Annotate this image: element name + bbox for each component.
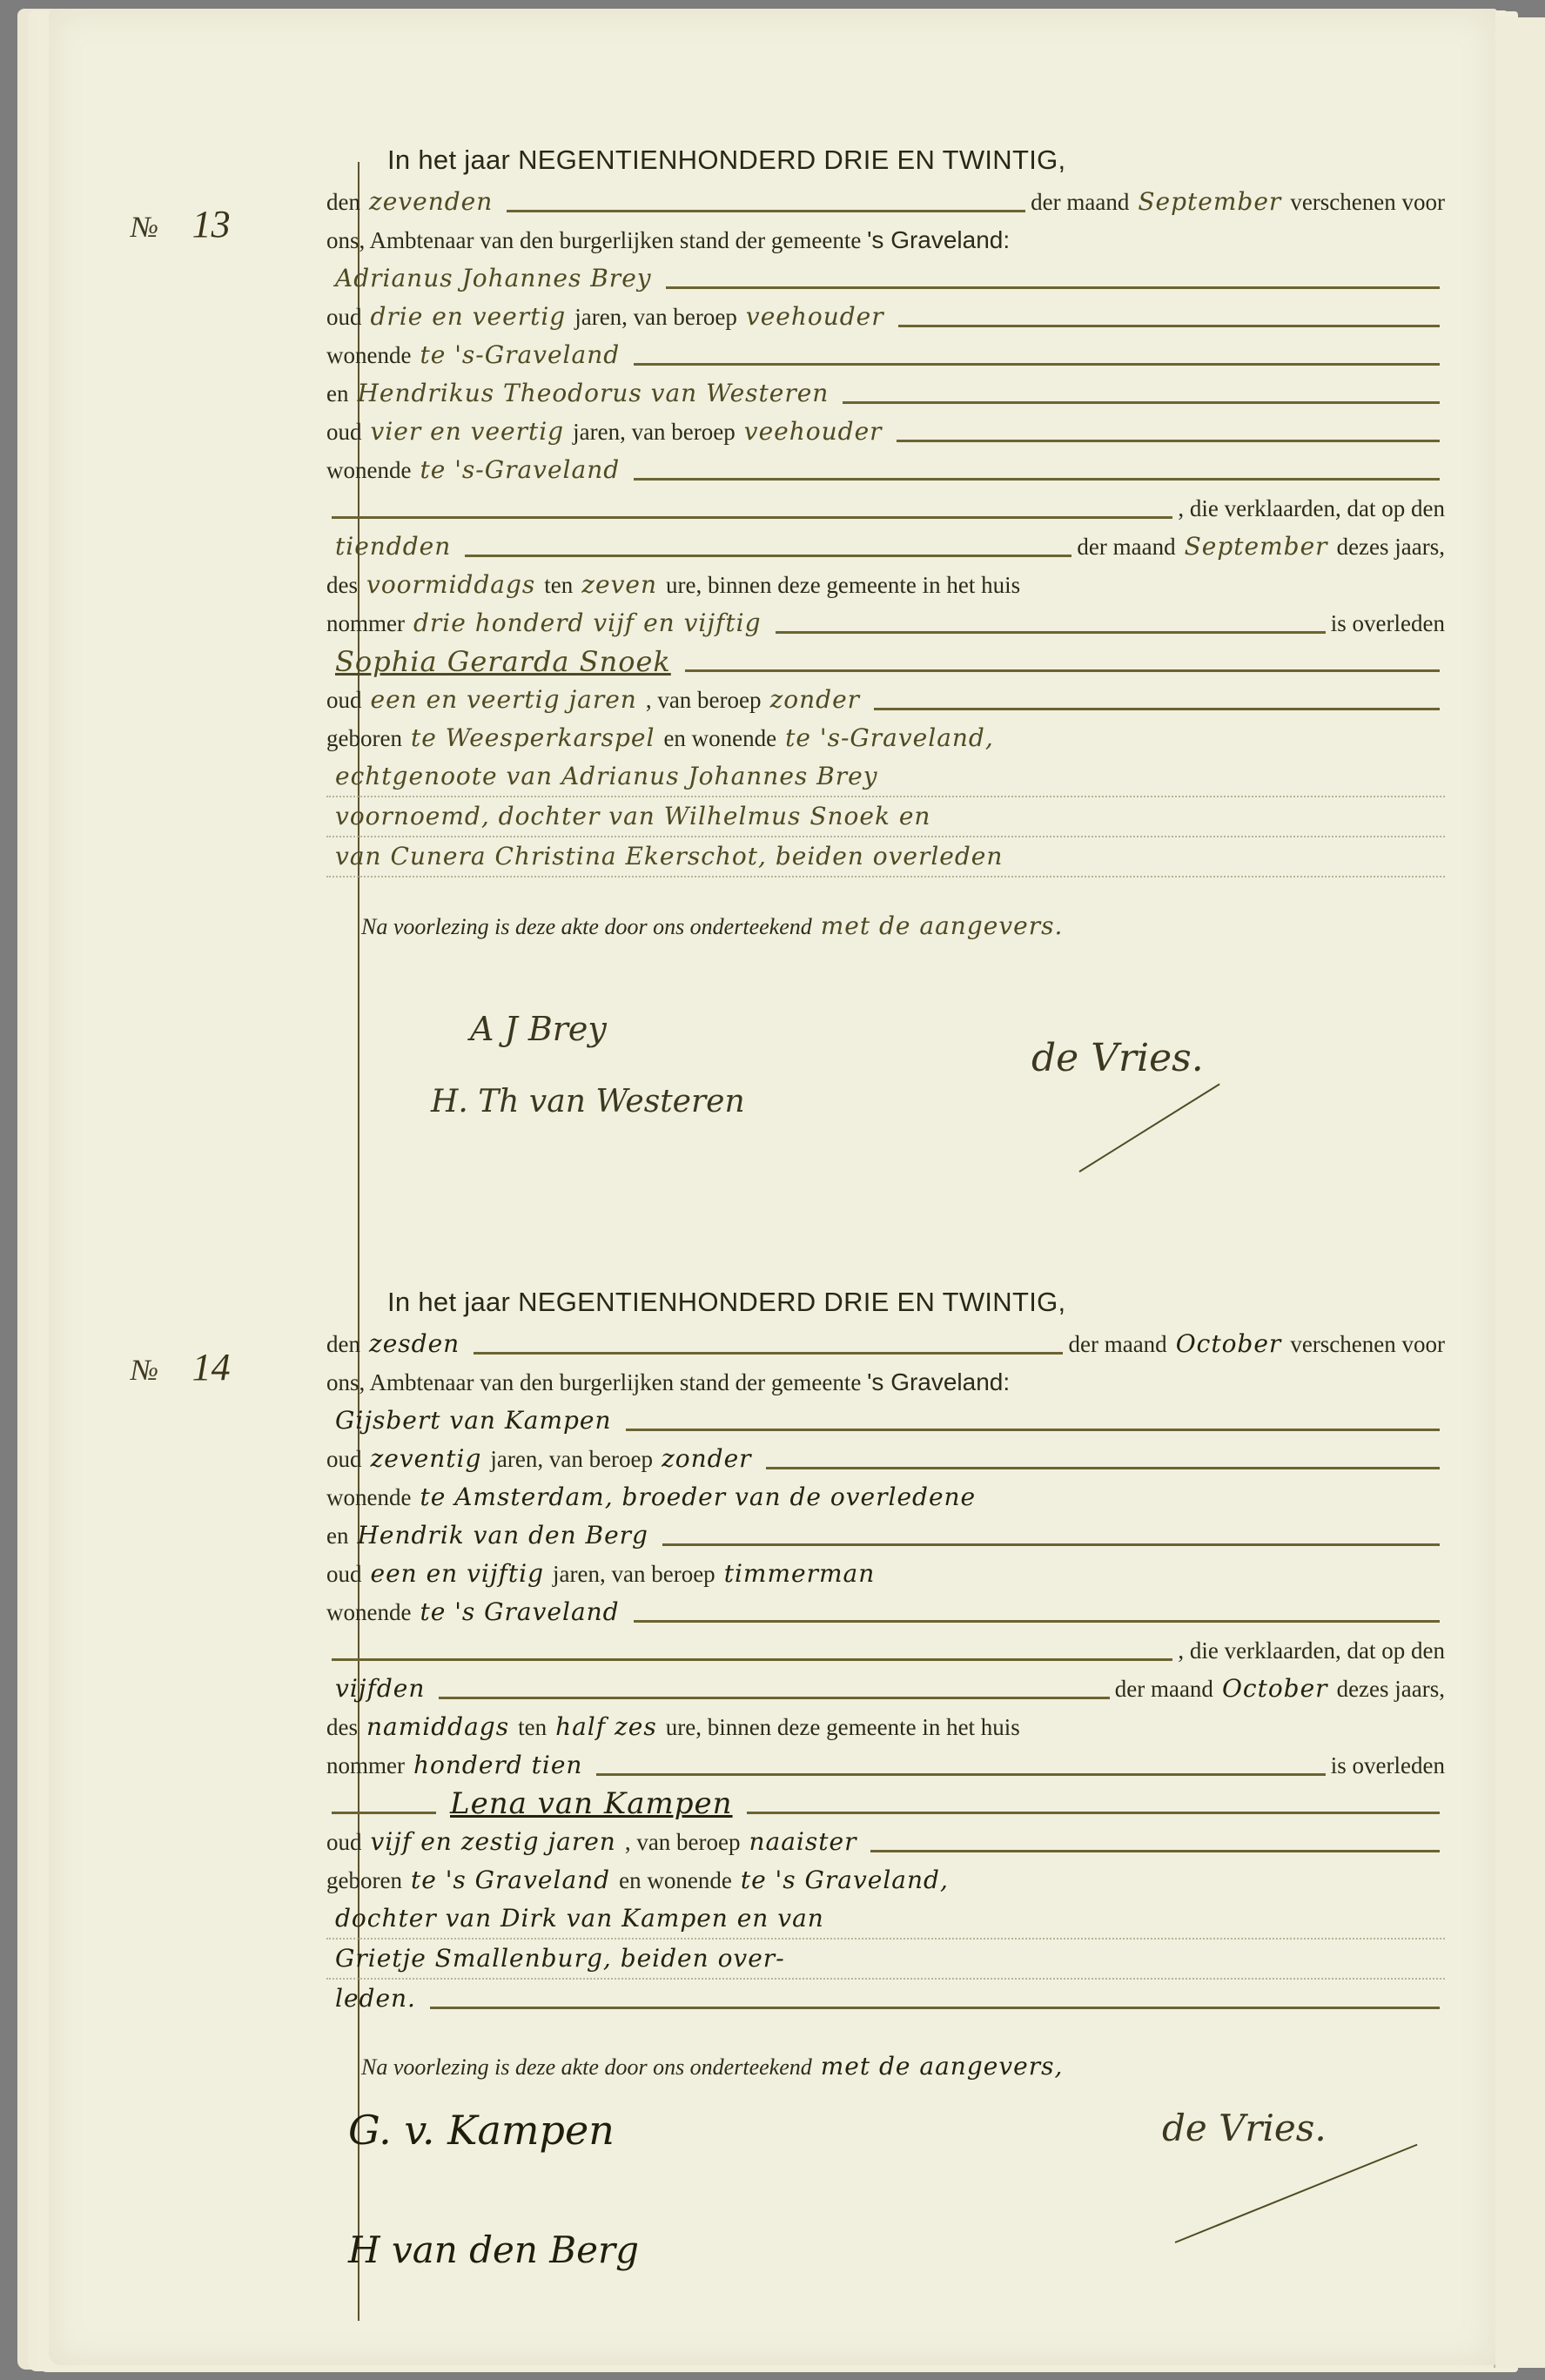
closing-handwritten: met de aangevers.	[812, 907, 1072, 945]
label: is overleden	[1331, 1746, 1445, 1785]
fill-line	[898, 325, 1440, 327]
label: wonende	[326, 336, 411, 374]
label: en	[326, 374, 348, 413]
remarks-text: Grietje Smallenburg, beiden over-	[326, 1940, 794, 1978]
fill-line	[332, 516, 1172, 519]
label: geboren	[326, 719, 402, 757]
record-number-13: № 13	[131, 202, 231, 246]
label: , van beroep	[625, 1823, 741, 1861]
label: oud	[326, 1555, 362, 1593]
label: des	[326, 1708, 358, 1746]
informant1-age: zeventig	[362, 1440, 491, 1478]
fill-line	[439, 1697, 1109, 1699]
label: jaren, van beroep	[553, 1555, 715, 1593]
informant2-occupation: timmerman	[715, 1555, 884, 1593]
label: oud	[326, 681, 362, 719]
label: des	[326, 566, 358, 604]
birthplace: te 's Graveland	[402, 1861, 619, 1899]
remarks-text: van Cunera Christina Ekerschot, beiden o…	[326, 837, 1011, 876]
fill-line	[634, 1620, 1440, 1623]
informant1-age: drie en veertig	[362, 298, 575, 336]
fill-line	[332, 1812, 436, 1814]
label: der maand	[1031, 183, 1129, 221]
deceased-occupation: naaister	[741, 1823, 866, 1861]
death-time-line: des voormiddags ten zeven ure, binnen de…	[326, 566, 1445, 604]
death-day: tiendden	[326, 528, 460, 566]
fill-line	[685, 669, 1440, 672]
record-number-14: № 14	[131, 1345, 231, 1389]
deceased-residence: te 's Graveland,	[732, 1861, 957, 1899]
label: wonende	[326, 1478, 411, 1516]
deceased-age-line: oud een en veertig jaren , van beroep zo…	[326, 681, 1445, 719]
label: en	[326, 1516, 348, 1555]
heading-year: NEGENTIENHONDERD DRIE EN TWINTIG,	[518, 1280, 1065, 1325]
record-number-value: 13	[192, 203, 231, 245]
death-hour: half zes	[547, 1708, 666, 1746]
remarks-text: dochter van Dirk van Kampen en van	[326, 1899, 833, 1938]
informant2-residence: te 's-Graveland	[411, 451, 628, 489]
death-month: October	[1213, 1670, 1337, 1708]
remarks-text: voornoemd, dochter van Wilhelmus Snoek e…	[326, 797, 939, 836]
label: ten	[544, 566, 573, 604]
label: der maand	[1077, 528, 1175, 566]
signature-informant1: G. v. Kampen	[348, 2107, 615, 2154]
deceased-name-line: Lena van Kampen	[326, 1785, 1445, 1823]
municipality: 's Graveland:	[867, 221, 1010, 259]
number-prefix: №	[131, 212, 158, 244]
label: en wonende	[619, 1861, 732, 1899]
remarks-line: van Cunera Christina Ekerschot, beiden o…	[326, 837, 1445, 877]
time-of-day: voormiddags	[358, 566, 544, 604]
house-number-line: nommer honderd tien is overleden	[326, 1746, 1445, 1785]
label: dezes jaars,	[1337, 1670, 1445, 1708]
signature-informant2: H. Th van Westeren	[431, 1084, 745, 1119]
informant2-age-line: oud een en vijftig jaren, van beroep tim…	[326, 1555, 1445, 1593]
number-prefix: №	[131, 1355, 158, 1387]
label: nommer	[326, 1746, 405, 1785]
informant1-name-line: Gijsbert van Kampen	[326, 1402, 1445, 1440]
remarks-text: leden.	[326, 1980, 425, 2018]
death-day: vijfden	[326, 1670, 433, 1708]
closing-printed: Na voorlezing is deze akte door ons onde…	[361, 908, 812, 946]
death-hour: zeven	[573, 566, 666, 604]
date-line: den zevenden der maand September versche…	[326, 183, 1445, 221]
deceased-name-line: Sophia Gerarda Snoek	[326, 642, 1445, 681]
closing-line: Na voorlezing is deze akte door ons onde…	[326, 907, 1445, 945]
informant1-occupation: veehouder	[737, 298, 893, 336]
label: dezes jaars,	[1337, 528, 1445, 566]
birthplace-line: geboren te Weesperkarspel en wonende te …	[326, 719, 1445, 757]
house-number-line: nommer drie honderd vijf en vijftig is o…	[326, 604, 1445, 642]
record-number-value: 14	[192, 1346, 231, 1388]
label: is overleden	[1331, 604, 1445, 642]
declaration-day: zesden	[360, 1325, 468, 1363]
fill-line	[507, 210, 1025, 212]
informant2-occupation: veehouder	[736, 413, 891, 451]
informant2-name-line: en Hendrikus Theodorus van Westeren	[326, 374, 1445, 413]
closing-handwritten: met de aangevers,	[812, 2047, 1072, 2086]
signature-registrar: de Vries.	[1031, 1036, 1204, 1080]
deceased-occupation: zonder	[762, 681, 870, 719]
informant1-age-line: oud zeventig jaren, van beroep zonder	[326, 1440, 1445, 1478]
label: oud	[326, 1823, 362, 1861]
informant2-name: Hendrikus Theodorus van Westeren	[348, 374, 837, 413]
remarks-line: voornoemd, dochter van Wilhelmus Snoek e…	[326, 797, 1445, 837]
label: jaren, van beroep	[490, 1440, 653, 1478]
fill-line	[897, 440, 1440, 442]
label: ons, Ambtenaar van den burgerlijken stan…	[326, 1363, 861, 1402]
declaration-month: September	[1129, 183, 1290, 221]
label: jaren, van beroep	[573, 413, 736, 451]
label: ure, binnen deze gemeente in het huis	[666, 566, 1020, 604]
closing-line: Na voorlezing is deze akte door ons onde…	[326, 2047, 1445, 2086]
label: wonende	[326, 451, 411, 489]
death-time-line: des namiddags ten half zes ure, binnen d…	[326, 1708, 1445, 1746]
fill-line	[634, 363, 1440, 366]
death-record-13: In het jaar NEGENTIENHONDERD DRIE EN TWI…	[326, 138, 1445, 945]
fill-line	[626, 1429, 1440, 1431]
label: jaren, van beroep	[574, 298, 737, 336]
informant1-residence-line: wonende te 's-Graveland	[326, 336, 1445, 374]
informant1-occupation: zonder	[653, 1440, 761, 1478]
label: verschenen voor	[1290, 183, 1445, 221]
signature-informant1: A J Brey	[470, 1010, 607, 1048]
deceased-age: een en veertig jaren	[362, 681, 646, 719]
remarks-line: leden.	[326, 1980, 1445, 2018]
label: der maand	[1115, 1670, 1213, 1708]
fill-line	[596, 1773, 1325, 1776]
label: den	[326, 183, 360, 221]
label: , die verklaarden, dat op den	[1178, 489, 1445, 528]
informant1-age-line: oud drie en veertig jaren, van beroep ve…	[326, 298, 1445, 336]
death-month: September	[1176, 528, 1337, 566]
remarks-line: Grietje Smallenburg, beiden over-	[326, 1940, 1445, 1980]
signature-informant2: H van den Berg	[348, 2229, 639, 2271]
heading-prefix: In het jaar	[387, 138, 510, 183]
birthplace-line: geboren te 's Graveland en wonende te 's…	[326, 1861, 1445, 1899]
informant1-name: Adrianus Johannes Brey	[326, 259, 661, 298]
fill-line	[776, 631, 1326, 634]
fill-line	[634, 478, 1440, 481]
label: , die verklaarden, dat op den	[1178, 1631, 1445, 1670]
fill-line	[430, 2007, 1440, 2009]
label: , van beroep	[646, 681, 762, 719]
informant1-name: Gijsbert van Kampen	[326, 1402, 621, 1440]
time-of-day: namiddags	[358, 1708, 518, 1746]
heading-year: NEGENTIENHONDERD DRIE EN TWINTIG,	[518, 138, 1065, 183]
remarks-line: echtgenoote van Adrianus Johannes Brey	[326, 757, 1445, 797]
fill-line	[474, 1352, 1063, 1355]
birthplace: te Weesperkarspel	[402, 719, 663, 757]
death-record-14: In het jaar NEGENTIENHONDERD DRIE EN TWI…	[326, 1280, 1445, 2086]
informant2-residence-line: wonende te 's-Graveland	[326, 451, 1445, 489]
fill-line	[747, 1812, 1440, 1814]
declaration-day: zevenden	[360, 183, 501, 221]
closing-printed: Na voorlezing is deze akte door ons onde…	[361, 2048, 812, 2087]
death-date-line: vijfden der maand October dezes jaars,	[326, 1670, 1445, 1708]
label: der maand	[1068, 1325, 1166, 1363]
deceased-age-line: oud vijf en zestig jaren , van beroep na…	[326, 1823, 1445, 1861]
label: verschenen voor	[1290, 1325, 1445, 1363]
remarks-text: echtgenoote van Adrianus Johannes Brey	[326, 757, 887, 796]
informant2-residence: te 's Graveland	[411, 1593, 628, 1631]
declaration-line: , die verklaarden, dat op den	[326, 1631, 1445, 1670]
fill-line	[874, 708, 1440, 710]
record-heading: In het jaar NEGENTIENHONDERD DRIE EN TWI…	[326, 1280, 1445, 1325]
record-heading: In het jaar NEGENTIENHONDERD DRIE EN TWI…	[326, 138, 1445, 183]
label: en wonende	[663, 719, 776, 757]
informant2-age-line: oud vier en veertig jaren, van beroep ve…	[326, 413, 1445, 451]
official-line: ons, Ambtenaar van den burgerlijken stan…	[326, 1363, 1445, 1402]
informant2-residence-line: wonende te 's Graveland	[326, 1593, 1445, 1631]
death-date-line: tiendden der maand September dezes jaars…	[326, 528, 1445, 566]
signature-registrar: de Vries.	[1162, 2107, 1327, 2149]
fill-line	[662, 1543, 1440, 1546]
label: ure, binnen deze gemeente in het huis	[666, 1708, 1020, 1746]
label: oud	[326, 413, 362, 451]
deceased-name: Lena van Kampen	[441, 1785, 742, 1823]
declaration-line: , die verklaarden, dat op den	[326, 489, 1445, 528]
informant2-name: Hendrik van den Berg	[348, 1516, 656, 1555]
informant1-residence-line: wonende te Amsterdam, broeder van de ove…	[326, 1478, 1445, 1516]
informant2-age: vier en veertig	[362, 413, 574, 451]
municipality: 's Graveland:	[867, 1363, 1010, 1402]
informant1-residence: te Amsterdam, broeder van de overledene	[411, 1478, 984, 1516]
label: geboren	[326, 1861, 402, 1899]
official-line: ons, Ambtenaar van den burgerlijken stan…	[326, 221, 1445, 259]
house-number: honderd tien	[405, 1746, 591, 1785]
informant1-residence: te 's-Graveland	[411, 336, 628, 374]
fill-line	[843, 401, 1440, 404]
informant1-name-line: Adrianus Johannes Brey	[326, 259, 1445, 298]
fill-line	[465, 555, 1071, 557]
fill-line	[666, 286, 1440, 289]
label: den	[326, 1325, 360, 1363]
label: wonende	[326, 1593, 411, 1631]
remarks-line: dochter van Dirk van Kampen en van	[326, 1899, 1445, 1940]
declaration-month: October	[1167, 1325, 1291, 1363]
house-number: drie honderd vijf en vijftig	[405, 604, 770, 642]
date-line: den zesden der maand October verschenen …	[326, 1325, 1445, 1363]
deceased-name: Sophia Gerarda Snoek	[326, 642, 680, 681]
deceased-age: vijf en zestig jaren	[362, 1823, 625, 1861]
fill-line	[766, 1467, 1440, 1469]
label: oud	[326, 1440, 362, 1478]
deceased-residence: te 's-Graveland,	[776, 719, 1003, 757]
informant2-name-line: en Hendrik van den Berg	[326, 1516, 1445, 1555]
label: ten	[518, 1708, 547, 1746]
adjacent-page-edge	[1494, 17, 1545, 2368]
heading-prefix: In het jaar	[387, 1280, 510, 1325]
informant2-age: een en vijftig	[362, 1555, 554, 1593]
fill-line	[870, 1850, 1440, 1852]
label: ons, Ambtenaar van den burgerlijken stan…	[326, 221, 861, 259]
label: oud	[326, 298, 362, 336]
fill-line	[332, 1658, 1172, 1661]
label: nommer	[326, 604, 405, 642]
